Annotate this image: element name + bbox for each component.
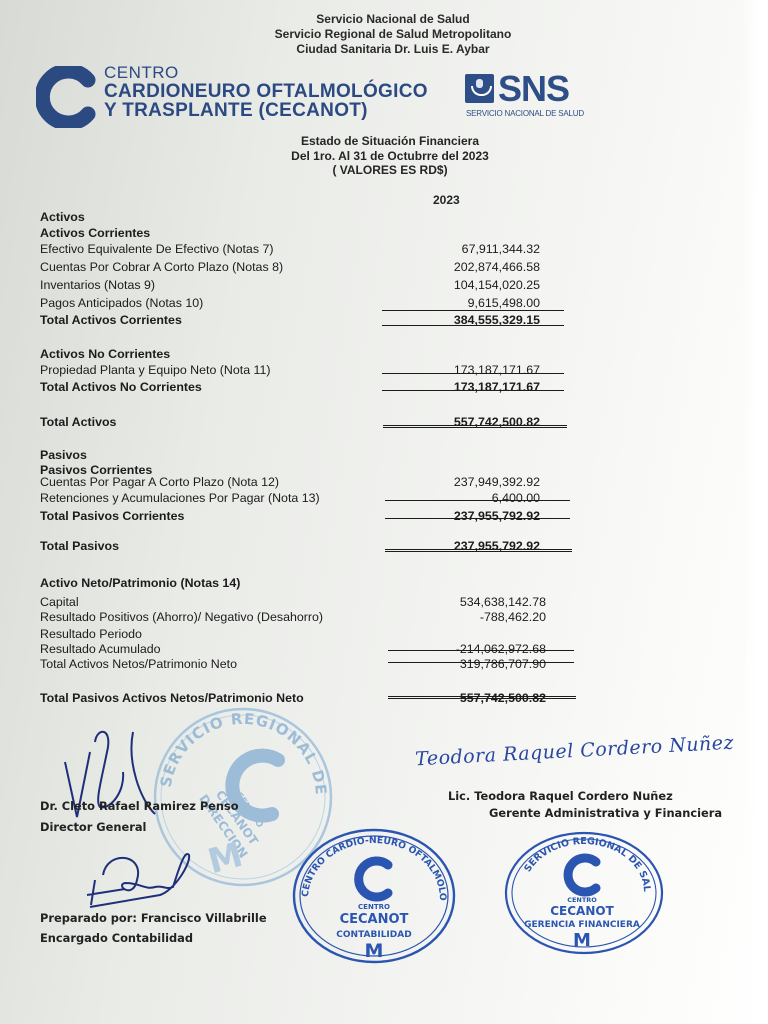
cecanot-logo: CENTRO CARDIONEURO OFTALMOLÓGICO Y TRASP… (104, 64, 428, 120)
row-label: Resultado Positivos (Ahorro)/ Negativo (… (40, 609, 323, 625)
svg-text:CONTABILIDAD: CONTABILIDAD (336, 930, 411, 940)
underline (382, 373, 564, 374)
row-label: Resultado Periodo (40, 626, 142, 642)
logo-line-1: CENTRO (104, 64, 428, 82)
row-value: 104,154,020.25 (454, 277, 540, 293)
signature-gerente-handwriting: Teodora Raquel Cordero Nuñez (415, 732, 735, 771)
header-line-2: Servicio Regional de Salud Metropolitano (18, 27, 768, 42)
stamp-c-logo-icon (359, 861, 388, 897)
row-label: Total Activos (40, 414, 116, 430)
svg-text:CENTRO: CENTRO (567, 896, 597, 904)
row-value: -788,462.20 (480, 609, 546, 625)
table-row: Pagos Anticipados (Notas 10)9,615,498.00 (40, 295, 580, 311)
row-label: Efectivo Equivalente De Efectivo (Notas … (40, 241, 273, 257)
page-edge (742, 0, 768, 1024)
row-label: Total Pasivos (40, 538, 119, 554)
title-line-2: Del 1ro. Al 31 de Octubrre del 2023 (240, 149, 540, 164)
row-value: 202,874,466.58 (454, 259, 540, 275)
double-underline (383, 425, 567, 428)
sns-logo-subtitle: SERVICIO NACIONAL DE SALUD (466, 109, 584, 118)
row-label: Propiedad Planta y Equipo Neto (Nota 11) (40, 362, 271, 378)
table-row: Activo Neto/Patrimonio (Notas 14) (40, 575, 580, 591)
row-value: 173,187,171.67 (454, 379, 540, 395)
sns-logo: SNS SERVICIO NACIONAL DE SALUD (465, 72, 585, 124)
row-value: 534,638,142.78 (460, 594, 546, 610)
row-label: Activos Corrientes (40, 225, 150, 241)
gerente-title: Gerente Administrativa y Financiera (489, 806, 722, 820)
row-label: Cuentas Por Pagar A Corto Plazo (Nota 12… (40, 474, 279, 490)
table-row: Cuentas Por Cobrar A Corto Plazo (Notas … (40, 259, 580, 275)
table-row: Resultado Periodo (40, 626, 580, 642)
row-label: Activos (40, 209, 85, 225)
row-label: Total Activos Corrientes (40, 312, 182, 328)
svg-text:CECANOT: CECANOT (340, 912, 409, 927)
svg-text:M: M (573, 930, 591, 951)
statement-title: Estado de Situación Financiera Del 1ro. … (240, 134, 540, 178)
table-row: Pasivos (40, 447, 580, 463)
underline (385, 518, 570, 519)
stamp-c-logo-icon (232, 756, 278, 816)
preparado-title: Encargado Contabilidad (40, 931, 193, 945)
row-value: 6,400.00 (492, 490, 540, 506)
row-label: Total Pasivos Corrientes (40, 508, 184, 524)
sns-logo-word: SNS (498, 68, 569, 110)
row-value: 237,955,792.92 (454, 508, 540, 524)
table-row: Resultado Positivos (Ahorro)/ Negativo (… (40, 609, 580, 625)
column-header-year: 2023 (433, 193, 460, 207)
table-row: Total Activos Netos/Patrimonio Neto319,7… (40, 656, 580, 672)
row-value: 237,949,392.92 (454, 474, 540, 490)
table-row: Total Activos No Corrientes173,187,171.6… (40, 379, 580, 395)
svg-text:CENTRO: CENTRO (358, 903, 390, 911)
double-underline (388, 696, 576, 699)
row-label: Retenciones y Acumulaciones Por Pagar (N… (40, 490, 320, 506)
stamp-gerencia-financiera: SERVICIO REGIONAL DE SALUD CENTRO CECANO… (502, 830, 666, 956)
underline (388, 662, 574, 663)
table-row: Activos Corrientes (40, 225, 580, 241)
table-row: Inventarios (Notas 9)104,154,020.25 (40, 277, 580, 293)
table-row: Activos (40, 209, 580, 225)
svg-text:M: M (365, 940, 384, 962)
table-row: Efectivo Equivalente De Efectivo (Notas … (40, 241, 580, 257)
row-value: 9,615,498.00 (468, 295, 540, 311)
table-row: Cuentas Por Pagar A Corto Plazo (Nota 12… (40, 474, 580, 490)
header-line-1: Servicio Nacional de Salud (18, 12, 768, 27)
row-label: Total Activos Netos/Patrimonio Neto (40, 656, 237, 672)
row-value: 67,911,344.32 (462, 241, 540, 257)
director-name: Dr. Cleto Rafael Ramirez Penso (40, 799, 239, 813)
underline (382, 310, 564, 311)
table-row: Retenciones y Acumulaciones Por Pagar (N… (40, 490, 580, 506)
title-line-1: Estado de Situación Financiera (240, 134, 540, 149)
stamp-contabilidad: CENTRO CARDIO-NEURO OFTALMOLÓGICO Y TRAS… (290, 827, 458, 965)
row-label: Inventarios (Notas 9) (40, 277, 155, 293)
row-label: Resultado Acumulado (40, 641, 161, 657)
row-label: Pagos Anticipados (Notas 10) (40, 295, 203, 311)
row-value: 173,187,171.67 (454, 362, 540, 378)
double-underline (385, 549, 572, 552)
row-label: Activos No Corrientes (40, 346, 170, 362)
row-value: 319,786,707.90 (460, 656, 546, 672)
underline (385, 500, 570, 501)
table-row: Total Pasivos Corrientes237,955,792.92 (40, 508, 580, 524)
table-row: Resultado Acumulado-214,062,972.68 (40, 641, 580, 657)
svg-text:GERENCIA FINANCIERA: GERENCIA FINANCIERA (524, 920, 640, 930)
cecanot-c-logo-icon (36, 66, 98, 128)
logo-line-2: CARDIONEURO OFTALMOLÓGICO (104, 82, 428, 101)
preparado-name: Preparado por: Francisco Villabrille (40, 911, 267, 925)
underline (388, 650, 574, 651)
director-title: Director General (40, 820, 146, 834)
underline (382, 325, 564, 326)
svg-text:CECANOT: CECANOT (550, 904, 614, 918)
signature-preparado-handwriting (85, 845, 205, 915)
table-row: Activos No Corrientes (40, 346, 580, 362)
underline (382, 390, 564, 391)
row-value: -214,062,972.68 (456, 641, 546, 657)
header-line-3: Ciudad Sanitaria Dr. Luis E. Aybar (18, 42, 768, 57)
institution-header: Servicio Nacional de Salud Servicio Regi… (0, 12, 768, 57)
table-row: Capital534,638,142.78 (40, 594, 580, 610)
row-label: Total Activos No Corrientes (40, 379, 202, 395)
gerente-name: Lic. Teodora Raquel Cordero Nuñez (448, 789, 673, 803)
title-line-3: ( VALORES ES RD$) (240, 163, 540, 178)
sns-hand-logo-icon (465, 74, 494, 103)
row-label: Activo Neto/Patrimonio (Notas 14) (40, 575, 240, 591)
row-label: Capital (40, 594, 79, 610)
logo-line-3: Y TRASPLANTE (CECANOT) (104, 101, 428, 120)
stamp-c-logo-icon (568, 858, 596, 892)
table-row: Propiedad Planta y Equipo Neto (Nota 11)… (40, 362, 580, 378)
row-label: Cuentas Por Cobrar A Corto Plazo (Notas … (40, 259, 283, 275)
row-label: Pasivos (40, 447, 87, 463)
